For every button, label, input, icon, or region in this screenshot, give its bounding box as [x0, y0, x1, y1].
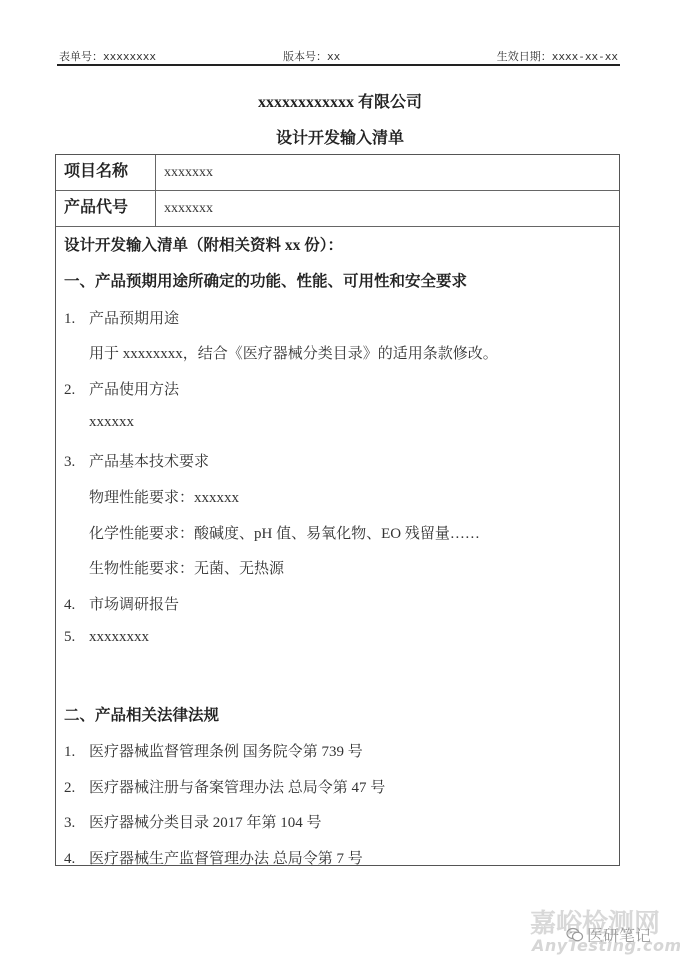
- company-suffix: 有限公司: [354, 94, 422, 111]
- list-item: 2.医疗器械注册与备案管理办法 总局令第 47 号: [64, 776, 385, 797]
- list-item: 3.产品基本技术要求: [64, 450, 209, 471]
- list-item: 1.产品预期用途: [64, 307, 179, 328]
- project-name-label: 项目名称: [56, 155, 156, 190]
- version-number: 版本号：xx: [283, 48, 340, 64]
- list-item-detail: 物理性能要求：xxxxxx: [89, 486, 239, 507]
- list-item-detail: 用于 xxxxxxxx，结合《医疗器械分类目录》的适用条款修改。: [89, 342, 498, 363]
- list-item: 2.产品使用方法: [64, 378, 179, 399]
- wechat-icon: [566, 927, 584, 943]
- list-item-detail: 化学性能要求：酸碱度、pH 值、易氧化物、EO 残留量……: [89, 522, 480, 543]
- intro-line: 设计开发输入清单（附相关资料 xx 份）：: [64, 233, 343, 255]
- input-list-table: 项目名称 xxxxxxx 产品代号 xxxxxxx 设计开发输入清单（附相关资料…: [55, 154, 620, 866]
- product-code-label: 产品代号: [56, 191, 156, 226]
- header-rule: [57, 64, 620, 66]
- list-item: 5.xxxxxxxx: [64, 629, 149, 646]
- page-header: 表单号：xxxxxxxx 版本号：xx 生效日期：xxxx-xx-xx: [57, 46, 620, 64]
- table-row-project-name: 项目名称 xxxxxxx: [56, 155, 619, 191]
- product-code-value: xxxxxxx: [156, 191, 619, 226]
- watermark: 嘉峪检测网 AnyTesting.com 医研笔记: [530, 903, 680, 961]
- list-item: 4.市场调研报告: [64, 593, 179, 614]
- list-item-detail: xxxxxx: [89, 414, 134, 431]
- list-item: 3.医疗器械分类目录 2017 年第 104 号: [64, 811, 322, 832]
- document-title: 设计开发输入清单: [0, 125, 680, 148]
- table-row-product-code: 产品代号 xxxxxxx: [56, 191, 619, 227]
- list-item: 1.医疗器械监督管理条例 国务院令第 739 号: [64, 740, 363, 761]
- form-number: 表单号：xxxxxxxx: [59, 48, 156, 64]
- watermark-account: 医研笔记: [566, 923, 651, 946]
- project-name-value: xxxxxxx: [156, 155, 619, 190]
- company-name: xxxxxxxxxxxx: [258, 94, 354, 111]
- watermark-account-name: 医研笔记: [587, 923, 651, 946]
- section2-heading: 二、产品相关法律法规: [64, 703, 219, 725]
- effective-date: 生效日期：xxxx-xx-xx: [497, 48, 618, 64]
- company-title: xxxxxxxxxxxx 有限公司: [0, 89, 680, 112]
- list-item: 4.医疗器械生产监督管理办法 总局令第 7 号: [64, 847, 363, 868]
- section1-heading: 一、产品预期用途所确定的功能、性能、可用性和安全要求: [64, 269, 467, 291]
- list-item-detail: 生物性能要求：无菌、无热源: [89, 557, 284, 578]
